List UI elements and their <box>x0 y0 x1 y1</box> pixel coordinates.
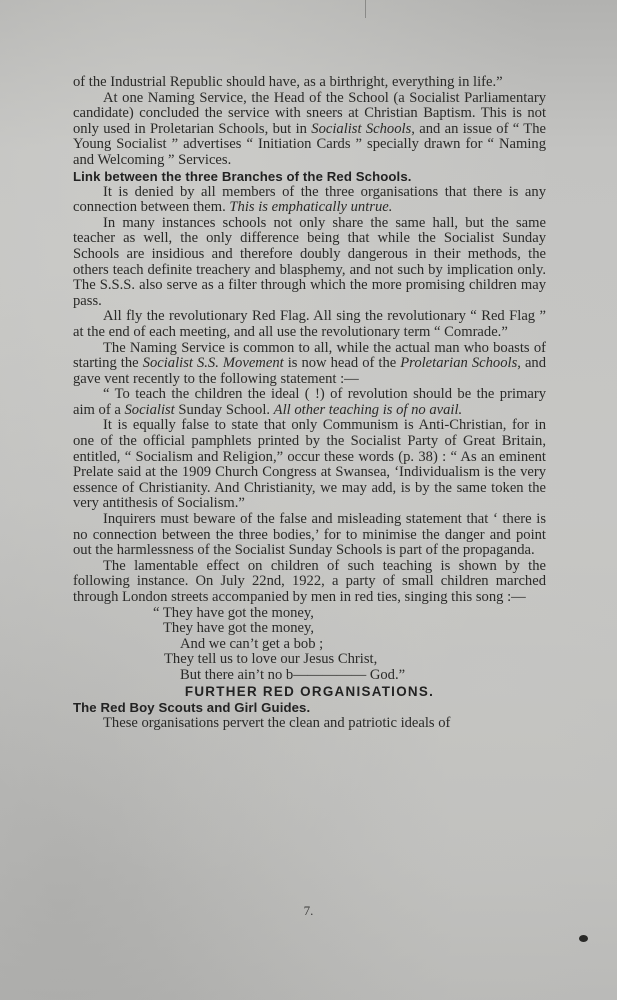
section-title: FURTHER RED ORGANISATIONS. <box>73 684 546 700</box>
italic-text: All other teaching is of no avail. <box>274 402 462 418</box>
italic-text: Socialist <box>124 402 174 418</box>
text-run: Sunday School. <box>175 402 274 418</box>
paragraph: The lamentable effect on children of suc… <box>73 559 546 606</box>
text-run: In many instances schools not only share… <box>73 215 546 309</box>
text-run: of the Industrial Republic should have, … <box>73 74 503 90</box>
paragraph: These organisations pervert the clean an… <box>73 716 546 732</box>
ink-blot-mark <box>579 935 588 942</box>
italic-text: Proletarian Schools <box>400 355 517 371</box>
paragraph: In many instances schools not only share… <box>73 216 546 310</box>
text-run: These organisations pervert the clean an… <box>103 715 450 731</box>
song-lyrics: “ They have got the money,They have got … <box>73 606 546 684</box>
lyric-line: “ They have got the money, <box>73 606 546 622</box>
page-number: 7. <box>0 903 617 919</box>
paragraph: It is equally false to state that only C… <box>73 418 546 512</box>
subsection-heading: The Red Boy Scouts and Girl Guides. <box>73 700 546 716</box>
subsection-heading: Link between the three Branches of the R… <box>73 169 546 185</box>
paragraph: At one Naming Service, the Head of the S… <box>73 91 546 169</box>
paragraph: Inquirers must beware of the false and m… <box>73 512 546 559</box>
paragraph: All fly the revolutionary Red Flag. All … <box>73 309 546 340</box>
italic-text: Socialist S.S. Movement <box>143 355 284 371</box>
text-run: The lamentable effect on children of suc… <box>73 558 546 605</box>
italic-text: Socialist Schools <box>311 121 411 137</box>
lyric-line: They tell us to love our Jesus Christ, <box>73 652 546 668</box>
text-run: Inquirers must beware of the false and m… <box>73 511 546 558</box>
text-run: It is equally false to state that only C… <box>73 417 546 511</box>
text-run: is now head of the <box>284 355 401 371</box>
page-body: of the Industrial Republic should have, … <box>73 75 546 731</box>
italic-text: This is emphatically untrue. <box>229 199 392 215</box>
lyric-line: And we can’t get a bob ; <box>73 637 546 653</box>
paragraph: The Naming Service is common to all, whi… <box>73 341 546 388</box>
paragraph: of the Industrial Republic should have, … <box>73 75 546 91</box>
paragraph: It is denied by all members of the three… <box>73 185 546 216</box>
text-run: All fly the revolutionary Red Flag. All … <box>73 308 546 340</box>
lyric-line: They have got the money, <box>73 621 546 637</box>
paragraph: “ To teach the children the ideal ( !) o… <box>73 387 546 418</box>
paper-fold-mark <box>365 0 366 18</box>
lyric-line: But there ain’t no b————— God.” <box>73 668 546 684</box>
